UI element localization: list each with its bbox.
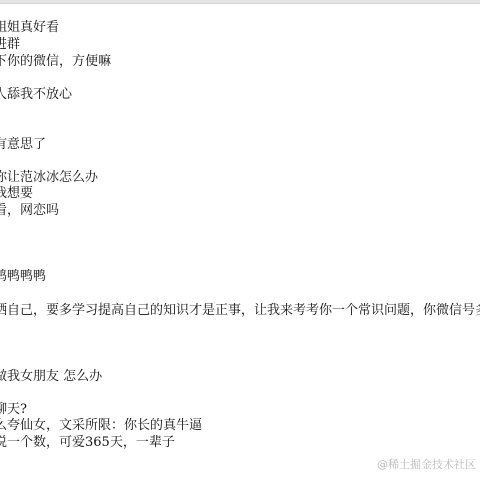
text-line: 我说一个数，可爱365天，一辈子 [0, 434, 175, 451]
text-line: 冲鸭鸭鸭鸭 [0, 268, 46, 285]
watermark: @稀土掘金技术社区 [377, 456, 476, 472]
text-line: 别人舔我不放心 [0, 86, 72, 103]
text-line: 加下你的微信，方便嘛 [0, 53, 111, 70]
text-line: 再晒自己，要多学习提高自己的知识才是正事，让我来考考你一个常识问题，你微信号多少… [0, 302, 480, 319]
text-line: 求进群 [0, 36, 20, 53]
page: 小姐姐真好看 求进群 加下你的微信，方便嘛 别人舔我不放心 也有意思了 ？ ，你… [0, 0, 480, 480]
text-line: 可聊天? [0, 401, 27, 418]
text-line: 怎么夸仙女，文采所限：你长的真牛逼 [0, 417, 202, 434]
text-line: ，你让范冰冰怎么办 [0, 169, 98, 186]
text-line: 好看，网恋吗 [0, 202, 59, 219]
text-line: 也有意思了 [0, 136, 46, 153]
text-line: 小姐姐真好看 [0, 19, 59, 36]
top-divider [0, 0, 480, 4]
text-line: ，我想要 [0, 185, 33, 202]
text-line: 来做我女朋友 怎么办 [0, 368, 102, 385]
